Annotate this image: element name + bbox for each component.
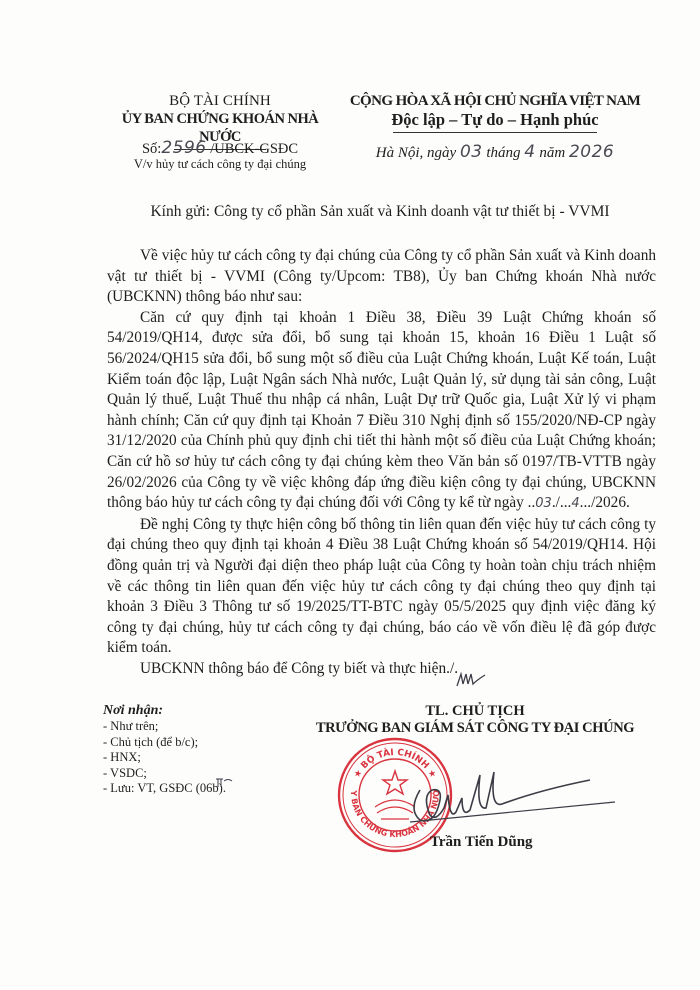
recipients-block: Nơi nhận: - Như trên; - Chủ tịch (để b/c…: [103, 703, 303, 797]
day-handwritten: 03: [460, 142, 483, 162]
national-motto: Độc lập – Tự do – Hạnh phúc: [340, 110, 650, 129]
body-paragraph-closing: UBCKNN thông báo để Công ty biết và thực…: [107, 659, 656, 680]
effective-day-handwritten: 03: [535, 496, 552, 511]
place-and-date: Hà Nội, ngày 03 tháng 4 năm 2026: [340, 142, 650, 162]
handwritten-signature-icon: [390, 760, 620, 840]
month-handwritten: 4: [524, 142, 535, 162]
motto-underline: [393, 132, 597, 133]
year-label: năm: [536, 145, 569, 161]
signer-name: Trần Tiến Dũng: [430, 834, 533, 851]
recipient-item: - Lưu: VT, GSĐC (06b).: [103, 781, 303, 797]
month-label: tháng: [483, 145, 525, 161]
nation-name: CỘNG HÒA XÃ HỘI CHỦ NGHĨA VIỆT NAM: [340, 93, 650, 110]
body-paragraph-request: Đề nghị Công ty thực hiện công bố thông …: [107, 515, 656, 659]
legal-basis-text: Căn cứ quy định tại khoản 1 Điều 38, Điề…: [107, 309, 656, 511]
recipient-item: - HNX;: [103, 750, 303, 766]
recipient-item: - VSDC;: [103, 766, 303, 782]
doc-number-suffix: /UBCK-GSĐC: [207, 141, 298, 157]
recipients-title: Nơi nhận:: [103, 703, 303, 719]
effective-month-handwritten: 4: [571, 496, 579, 511]
signing-authority: TL. CHỦ TỊCH: [292, 703, 658, 719]
document-number: Số:2596 /UBCK-GSĐC: [100, 140, 340, 157]
year-handwritten: 2026: [569, 142, 614, 162]
effective-date-separator: ./...: [552, 494, 572, 511]
letter-body: Về việc hủy tư cách công ty đại chúng củ…: [107, 246, 656, 679]
ministry-name: BỘ TÀI CHÍNH: [100, 93, 340, 110]
doc-number-prefix: Số:: [142, 141, 161, 157]
document-page: BỘ TÀI CHÍNH ỦY BAN CHỨNG KHOÁN NHÀ NƯỚC…: [0, 0, 700, 990]
place-date-prefix: Hà Nội, ngày: [376, 145, 460, 161]
initials-mark-icon: [453, 670, 493, 690]
body-paragraph-intro: Về việc hủy tư cách công ty đại chúng củ…: [107, 246, 656, 308]
document-subject: V/v hủy tư cách công ty đại chúng: [100, 157, 340, 171]
recipient-item: - Chủ tịch (để b/c);: [103, 735, 303, 751]
national-header-block: CỘNG HÒA XÃ HỘI CHỦ NGHĨA VIỆT NAM Độc l…: [340, 93, 650, 133]
signature-block: TL. CHỦ TỊCH TRƯỞNG BAN GIÁM SÁT CÔNG TY…: [292, 703, 658, 737]
effective-year: .../2026.: [580, 494, 630, 511]
recipient-item: - Như trên;: [103, 719, 303, 735]
doc-number-handwritten: 2596: [161, 138, 206, 158]
clerk-initials-icon: [214, 775, 234, 789]
addressee-line: Kính gửi: Công ty cổ phần Sản xuất và Ki…: [100, 203, 660, 221]
body-paragraph-legal-basis: Căn cứ quy định tại khoản 1 Điều 38, Điề…: [107, 308, 656, 515]
